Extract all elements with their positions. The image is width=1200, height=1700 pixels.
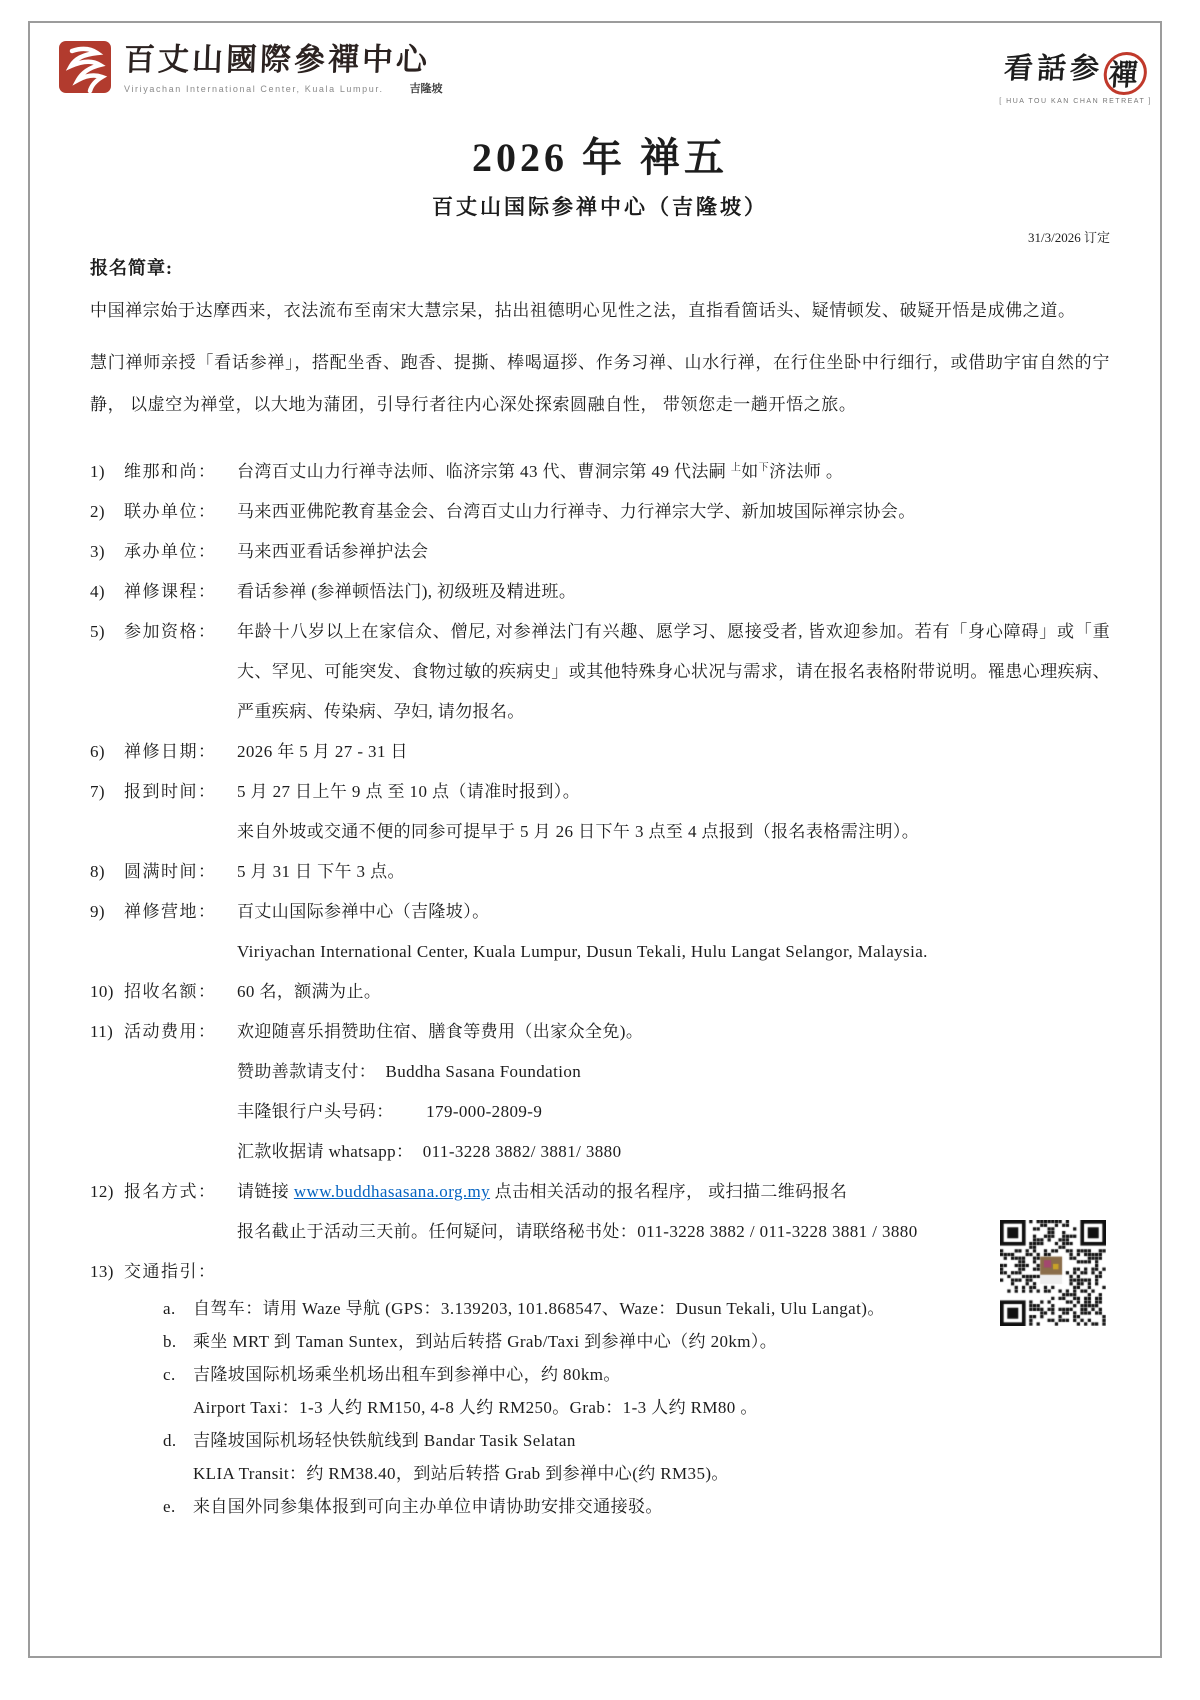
item-number: 6) — [90, 732, 124, 772]
list-item-8: 8) 圆满时间： 5 月 31 日 下午 3 点。 — [90, 852, 1110, 892]
item-label: 参加资格： — [124, 612, 237, 732]
document-page: 百丈山國際參禪中心 Viriyachan International Cente… — [0, 0, 1200, 1700]
list-item-4: 4) 禅修课程： 看话参禅 (参禅顿悟法门), 初级班及精进班。 — [90, 572, 1110, 612]
item-content-line-2: 来自外坡或交通不便的同参可提早于 5 月 26 日下午 3 点至 4 点报到（报… — [237, 812, 1110, 852]
transport-item-a: a. 自驾车：请用 Waze 导航 (GPS：3.139203, 101.868… — [163, 1292, 1110, 1325]
item-label: 活动费用： — [124, 1012, 237, 1052]
bank-account-line: 丰隆银行户头号码： 179-000-2809-9 — [237, 1092, 1110, 1132]
item-number: 12) — [90, 1172, 124, 1212]
list-item-3: 3) 承办单位： 马来西亚看话参禅护法会 — [90, 532, 1110, 572]
sub-item-letter: b. — [163, 1325, 193, 1358]
brand-title: 百丈山國際參禪中心 — [123, 40, 443, 80]
item-label: 联办单位： — [124, 492, 237, 532]
item-number: 7) — [90, 772, 124, 812]
item-number: 1) — [90, 452, 124, 492]
superscript-shang: 上 — [731, 462, 741, 473]
qr-code — [1000, 1220, 1106, 1326]
brand-text-block: 百丈山國際參禪中心 Viriyachan International Cente… — [124, 40, 443, 96]
registration-website-link[interactable]: www.buddhasasana.org.my — [294, 1182, 490, 1201]
item-label: 圆满时间： — [124, 852, 237, 892]
payment-recipient-line: 赞助善款请支付： Buddha Sasana Foundation — [237, 1052, 1110, 1092]
item-label: 维那和尚： — [124, 452, 237, 492]
sub-item-letter: a. — [163, 1292, 193, 1325]
list-item-11: 11) 活动费用： 欢迎随喜乐捐赞助住宿、膳食等费用（出家众全免)。 赞助善款请… — [90, 1012, 1110, 1172]
superscript-xia: 下 — [759, 462, 769, 473]
item-content: 台湾百丈山力行禅寺法师、临济宗第 43 代、曹洞宗第 49 代法嗣 上如下济法师… — [237, 452, 1110, 492]
red-seal-icon — [58, 40, 112, 94]
left-logo: 百丈山國際參禪中心 Viriyachan International Cente… — [58, 40, 443, 96]
content-part: 如 — [741, 462, 758, 481]
list-item-1: 1) 维那和尚： 台湾百丈山力行禅寺法师、临济宗第 43 代、曹洞宗第 49 代… — [90, 452, 1110, 492]
item-label: 承办单位： — [124, 532, 237, 572]
section-heading: 报名简章: — [90, 254, 1110, 280]
item-label: 禅修课程： — [124, 572, 237, 612]
transport-item-e: e. 来自国外同参集体报到可向主办单位申请协助安排交通接驳。 — [163, 1490, 1110, 1523]
brand-place: 吉隆坡 — [410, 80, 443, 96]
sub-item-text: 吉隆坡国际机场乘坐机场出租车到参禅中心，约 80km。 — [193, 1358, 1110, 1391]
item-label: 招收名额： — [124, 972, 237, 1012]
sub-item-letter: c. — [163, 1358, 193, 1391]
list-item-2: 2) 联办单位： 马来西亚佛陀教育基金会、台湾百丈山力行禅寺、力行禅宗大学、新加… — [90, 492, 1110, 532]
transport-item-c: c. 吉隆坡国际机场乘坐机场出租车到参禅中心，约 80km。 Airport T… — [163, 1358, 1110, 1424]
list-item-12: 12) 报名方式： 请链接 www.buddhasasana.org.my 点击… — [90, 1172, 1110, 1252]
item-number: 3) — [90, 532, 124, 572]
list-item-6: 6) 禅修日期： 2026 年 5 月 27 - 31 日 — [90, 732, 1110, 772]
item-content-line-2: Viriyachan International Center, Kuala L… — [237, 932, 1110, 972]
list-item-9: 9) 禅修营地： 百丈山国际参禅中心（吉隆坡）。 Viriyachan Inte… — [90, 892, 1110, 972]
intro-paragraph-2: 慧门禅师亲授「看话参禅」，搭配坐香、跑香、提撕、棒喝逼拶、作务习禅、山水行禅，在… — [90, 342, 1110, 426]
list-item-7: 7) 报到时间： 5 月 27 日上午 9 点 至 10 点（请准时报到）。 来… — [90, 772, 1110, 852]
item-label: 交通指引： — [124, 1252, 237, 1292]
intro-paragraph-1: 中国禅宗始于达摩西来，衣法流布至南宋大慧宗杲，拈出祖德明心见性之法，直指看箇话头… — [90, 290, 1110, 332]
content-part: 台湾百丈山力行禅寺法师、临济宗第 43 代、曹洞宗第 49 代法嗣 — [237, 462, 731, 481]
sub-item-text-line-2: Airport Taxi：1-3 人约 RM150, 4-8 人约 RM250。… — [193, 1391, 1110, 1424]
item-content: 欢迎随喜乐捐赞助住宿、膳食等费用（出家众全免)。 — [237, 1012, 1110, 1052]
item-number: 11) — [90, 1012, 124, 1052]
item-number: 13) — [90, 1252, 124, 1292]
right-logo: 看話参禪 [ HUA TOU KAN CHAN RETREAT ] — [999, 46, 1152, 105]
item-content: 看话参禅 (参禅顿悟法门), 初级班及精进班。 — [237, 572, 1110, 612]
right-logo-calligraphy: 看話参禪 — [998, 46, 1154, 95]
item-label: 禅修日期： — [124, 732, 237, 772]
item-content: 5 月 31 日 下午 3 点。 — [237, 852, 1110, 892]
item-content: 5 月 27 日上午 9 点 至 10 点（请准时报到）。 — [237, 772, 1110, 812]
item-number: 10) — [90, 972, 124, 1012]
item-label: 报到时间： — [124, 772, 237, 812]
whatsapp-line: 汇款收据请 whatsapp： 011-3228 3882/ 3881/ 388… — [237, 1132, 1110, 1172]
page-subtitle: 百丈山国际参禅中心（吉隆坡） — [90, 191, 1110, 221]
content-part: 请链接 — [237, 1182, 294, 1201]
item-content: 2026 年 5 月 27 - 31 日 — [237, 732, 1110, 772]
item-label: 禅修营地： — [124, 892, 237, 932]
item-content: 马来西亚佛陀教育基金会、台湾百丈山力行禅寺、力行禅宗大学、新加坡国际禅宗协会。 — [237, 492, 1110, 532]
list-item-5: 5) 参加资格： 年龄十八岁以上在家信众、僧尼, 对参禅法门有兴趣、愿学习、愿接… — [90, 612, 1110, 732]
content-part: 点击相关活动的报名程序， 或扫描二维码报名 — [490, 1182, 847, 1201]
item-number: 5) — [90, 612, 124, 732]
item-content — [237, 1252, 1110, 1292]
sub-item-letter: e. — [163, 1490, 193, 1523]
item-label: 报名方式： — [124, 1172, 237, 1212]
sub-item-text-line-2: KLIA Transit：约 RM38.40，到站后转搭 Grab 到参禅中心(… — [193, 1457, 1110, 1490]
list-item-10: 10) 招收名额： 60 名，额满为止。 — [90, 972, 1110, 1012]
item-content: 请链接 www.buddhasasana.org.my 点击相关活动的报名程序，… — [237, 1172, 1110, 1212]
right-logo-subtext: [ HUA TOU KAN CHAN RETREAT ] — [999, 98, 1152, 105]
revision-date: 31/3/2026 订定 — [90, 227, 1110, 246]
content-part: 济法师 。 — [769, 462, 843, 481]
sub-item-letter: d. — [163, 1424, 193, 1457]
item-content: 百丈山国际参禅中心（吉隆坡）。 — [237, 892, 1110, 932]
item-number: 4) — [90, 572, 124, 612]
item-number: 8) — [90, 852, 124, 892]
item-content: 马来西亚看话参禅护法会 — [237, 532, 1110, 572]
numbered-list: 1) 维那和尚： 台湾百丈山力行禅寺法师、临济宗第 43 代、曹洞宗第 49 代… — [90, 452, 1110, 1523]
list-item-13: 13) 交通指引： — [90, 1252, 1110, 1292]
transport-sublist: a. 自驾车：请用 Waze 导航 (GPS：3.139203, 101.868… — [163, 1292, 1110, 1523]
ringed-char: 禪 — [1102, 52, 1148, 95]
sub-item-text: 来自国外同参集体报到可向主办单位申请协助安排交通接驳。 — [193, 1490, 1110, 1523]
sub-item-text: 吉隆坡国际机场轻快铁航线到 Bandar Tasik Selatan — [193, 1424, 1110, 1457]
right-logo-chars: 看話参 — [1003, 53, 1104, 85]
item-content: 年龄十八岁以上在家信众、僧尼, 对参禅法门有兴趣、愿学习、愿接受者, 皆欢迎参加… — [237, 612, 1110, 732]
transport-item-d: d. 吉隆坡国际机场轻快铁航线到 Bandar Tasik Selatan KL… — [163, 1424, 1110, 1490]
item-number: 9) — [90, 892, 124, 932]
sub-item-text: 自驾车：请用 Waze 导航 (GPS：3.139203, 101.868547… — [193, 1292, 1110, 1325]
item-content: 60 名，额满为止。 — [237, 972, 1110, 1012]
item-number: 2) — [90, 492, 124, 532]
sub-item-text: 乘坐 MRT 到 Taman Suntex，到站后转搭 Grab/Taxi 到参… — [193, 1325, 1110, 1358]
brand-subtitle-en: Viriyachan International Center, Kuala L… — [124, 84, 384, 94]
transport-item-b: b. 乘坐 MRT 到 Taman Suntex，到站后转搭 Grab/Taxi… — [163, 1325, 1110, 1358]
item-content-line-2: 报名截止于活动三天前。任何疑问，请联络秘书处：011-3228 3882 / 0… — [237, 1212, 1110, 1252]
